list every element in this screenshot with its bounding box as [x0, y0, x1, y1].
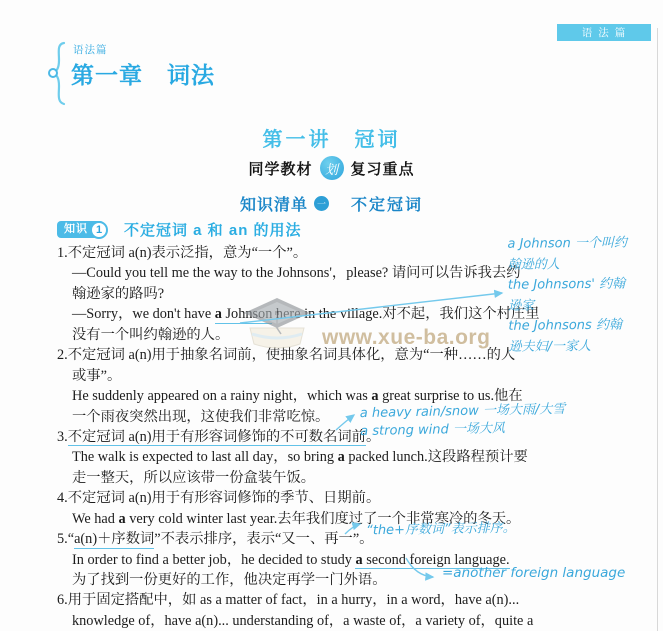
another-annotation: =another foreign language	[442, 565, 625, 581]
text-segment: 或事”。	[72, 368, 121, 384]
margin-note-line: 逊家	[508, 295, 660, 317]
text-segment: a	[119, 511, 126, 527]
text-segment: 5.“	[57, 531, 74, 547]
corner-tag: 语法篇	[557, 24, 651, 41]
body-line: —Could you tell me the way to the Johnso…	[72, 263, 537, 283]
text-segment: a	[215, 306, 222, 324]
hua-circle-icon: 划	[320, 156, 344, 180]
margin-note-line: 逊夫妇/一家人	[508, 336, 660, 358]
section-label: 知识清单	[240, 192, 308, 215]
text-segment: 翰逊家的路吗?	[72, 286, 164, 302]
study-banner: 同学教材 划 复习重点	[0, 156, 663, 180]
chapter-brace-icon	[48, 40, 70, 110]
study-banner-left: 同学教材	[248, 158, 312, 179]
text-segment: 一个雨夜突然出现，这使我们非常吃惊。	[72, 409, 329, 425]
watermark-text: www.xue-ba.org	[322, 326, 490, 350]
text-segment: The walk is expected to last all day，so …	[72, 449, 338, 465]
text-segment: 1.不定冠词 a(n)表示泛指，意为“一个”。	[57, 245, 307, 261]
study-banner-right: 复习重点	[351, 158, 415, 179]
body-line: 走一整天，所以应该带一份盒装午饭。	[72, 468, 537, 488]
body-line: 1.不定冠词 a(n)表示泛指，意为“一个”。	[57, 243, 537, 263]
text-segment: In order to find a better job，he decided…	[72, 552, 355, 568]
text-segment: 为了找到一份更好的工作，他决定再学一门外语。	[72, 572, 387, 588]
circled-one-icon: 一	[314, 196, 329, 211]
text-segment: 走一整天，所以应该带一份盒装午饭。	[72, 470, 315, 486]
knowledge-badge-row: 知识 1 不定冠词 a 和 an 的用法	[57, 219, 302, 240]
text-segment: knowledge of，have a(n)... understanding …	[72, 613, 533, 629]
margin-note-line: the Johnsons 约翰	[508, 315, 660, 337]
chapter-eyebrow: 语法篇	[73, 42, 108, 57]
lecture-title: 第一讲 冠词	[0, 123, 663, 152]
chapter-title: 第一章 词法	[71, 57, 215, 90]
text-segment: a	[355, 552, 362, 570]
text-segment: ”不表示排序，表示“又一、再一”。	[154, 531, 373, 547]
text-segment: —Sorry，we don't have	[72, 306, 215, 322]
body-line: The walk is expected to last all day，so …	[72, 447, 537, 467]
text-segment: a	[338, 449, 345, 465]
text-segment: 没有一个叫约翰逊的人。	[72, 327, 229, 343]
margin-note-line: a Johnson 一个叫约	[507, 233, 659, 255]
text-segment: 不定冠词 a(n)用于有形容词修饰的不可数名词前	[68, 429, 366, 447]
textbook-page: 语法篇 语法篇 第一章 词法 第一讲 冠词 同学教材 划 复习重点 知识清单 一…	[0, 0, 663, 631]
text-segment: a(n)＋序数词	[74, 531, 154, 549]
body-line: 或事”。	[72, 366, 537, 386]
section-title: 不定冠词	[351, 192, 423, 215]
text-segment: 3.	[57, 429, 68, 445]
text-segment: We had	[72, 511, 119, 527]
body-line: knowledge of，have a(n)... understanding …	[72, 611, 537, 631]
text-segment: 4.不定冠词 a(n)用于有形容词修饰的季节、日期前。	[57, 490, 380, 506]
text-segment: packed lunch.这段路程预计要	[345, 449, 528, 465]
graduation-cap-icon	[238, 294, 316, 350]
body-line: 4.不定冠词 a(n)用于有形容词修饰的季节、日期前。	[57, 488, 537, 508]
watermark: www.xue-ba.org	[238, 294, 490, 350]
section-row: 知识清单 一 不定冠词	[0, 192, 663, 215]
knowledge-point-title: 不定冠词 a 和 an 的用法	[124, 219, 302, 240]
ordinal-annotation: “the+序数词”表示排序。	[366, 517, 516, 539]
margin-notes-column: a Johnson 一个叫约翰逊的人the Johnsons' 约翰逊家the …	[507, 233, 660, 358]
body-line: 6.用于固定搭配中，如 as a matter of fact，in a hur…	[57, 590, 537, 610]
margin-note-line: 翰逊的人	[508, 254, 660, 276]
text-segment: He suddenly appeared on a rainy night，wh…	[72, 388, 371, 404]
rain-annotation: a heavy rain/snow 一场大雨/大雪 a strong wind …	[360, 401, 566, 440]
text-segment: a	[371, 388, 378, 404]
knowledge-badge-number: 1	[90, 221, 108, 239]
text-segment: 6.用于固定搭配中，如 as a matter of fact，in a hur…	[57, 592, 519, 608]
margin-note-line: the Johnsons' 约翰	[508, 274, 660, 296]
text-segment: —Could you tell me the way to the Johnso…	[72, 265, 521, 281]
